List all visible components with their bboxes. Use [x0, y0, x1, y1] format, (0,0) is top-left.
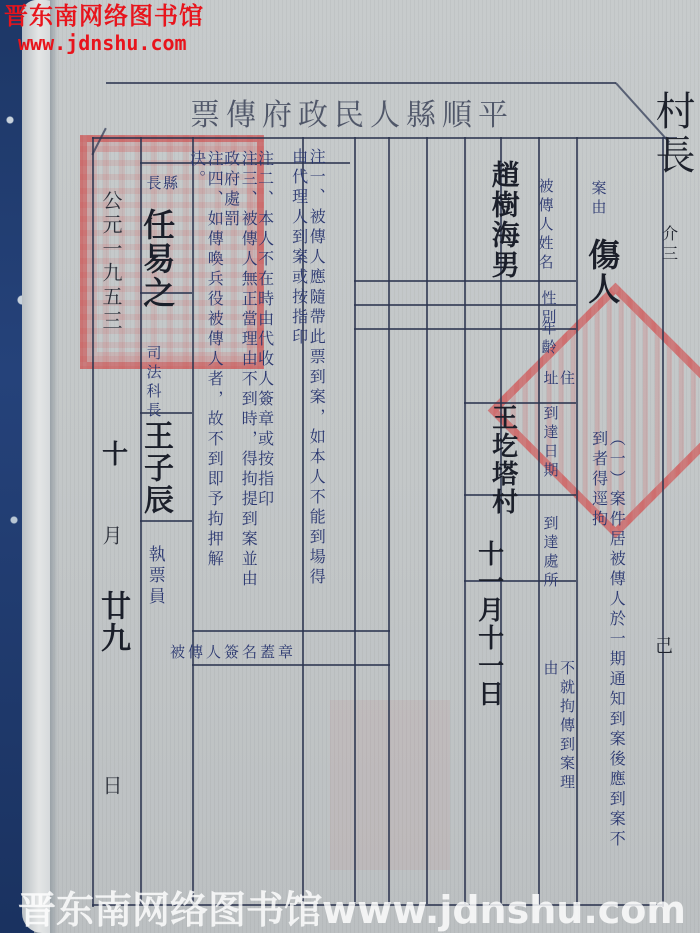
place-label: 到達處所: [542, 515, 559, 610]
time-label: 到達日期: [542, 405, 559, 515]
row-divider: [464, 494, 576, 496]
date-prefix: 公元一九五三: [100, 190, 122, 340]
col-divider: [576, 137, 578, 904]
right-notice-text: （一）案件居被傳人於一期通知到案後應到案不到者得逕拘: [590, 430, 625, 860]
col-divider: [354, 137, 356, 904]
notice-column-4: 注四、如傳喚兵役被傳人者，故不到即予拘押解決。: [188, 150, 223, 590]
summoned-name-value: 趙樹海男: [488, 160, 519, 400]
signature-section-label: 被傳人簽名蓋章: [170, 641, 296, 662]
clerk-label: 執票員: [145, 545, 164, 625]
judicial-head-label: 司法科長: [145, 345, 162, 425]
summoned-name-label: 被傳人姓名: [537, 178, 554, 288]
watermark-top: 晋东南网络图书馆 www.jdnshu.com: [4, 2, 204, 56]
frame-corner-left: [91, 128, 106, 155]
date-day-mark: 日: [100, 775, 122, 805]
summoned-name: 趙樹海: [488, 160, 521, 250]
col-divider: [388, 137, 390, 904]
margin-side-note: 介三: [660, 225, 678, 285]
date-day: 廿九: [96, 590, 129, 700]
address-value: 王圪塔村: [488, 404, 517, 544]
date-month-mark: 月: [100, 525, 122, 555]
col-divider: [426, 137, 428, 904]
remark-value: 不就拘傳到案理由: [542, 660, 575, 810]
row-divider: [464, 402, 576, 404]
watermark-top-url: www.jdnshu.com: [18, 30, 204, 56]
paper-shadow-edge: [50, 0, 58, 933]
notice-column-1: 注一、被傳人應隨帶此票到案，如本人不能到場得由代理人到案或按指印: [290, 148, 325, 588]
sex-value: 男: [488, 250, 521, 280]
row-divider: [192, 630, 390, 632]
frame-top: [106, 82, 616, 84]
age-label: 年齡: [540, 320, 557, 360]
time-value: 十一月十一日: [474, 540, 503, 800]
row-divider: [192, 664, 390, 666]
cause-label: 案由: [590, 180, 607, 240]
col-divider: [464, 137, 466, 904]
cause-value: 傷人: [584, 238, 619, 348]
watermark-top-cn: 晋东南网络图书馆: [4, 2, 204, 30]
margin-village-head: 村長: [650, 90, 694, 230]
frame-left: [92, 137, 94, 907]
county-head-signature: 任易之: [139, 208, 174, 348]
notice-column-2: 注二、本人不在時由代收人簽章或按指印: [256, 150, 274, 580]
notice-column-3: 注三、被傳人無正當理由不到時，得拘提到案並由政府處罰: [222, 150, 257, 590]
margin-small-mark: 己: [655, 632, 673, 658]
county-head-label: 縣長: [145, 175, 178, 205]
watermark-bottom: 晋东南网络图书馆www.jdnshu.com: [18, 888, 686, 932]
address-label: 住址: [542, 370, 575, 400]
judicial-head-signature: 王子辰: [139, 420, 172, 540]
form-title: 平順縣人民政府傳票: [172, 92, 532, 140]
frame-header-rule: [92, 137, 677, 139]
date-month: 十: [98, 440, 127, 480]
